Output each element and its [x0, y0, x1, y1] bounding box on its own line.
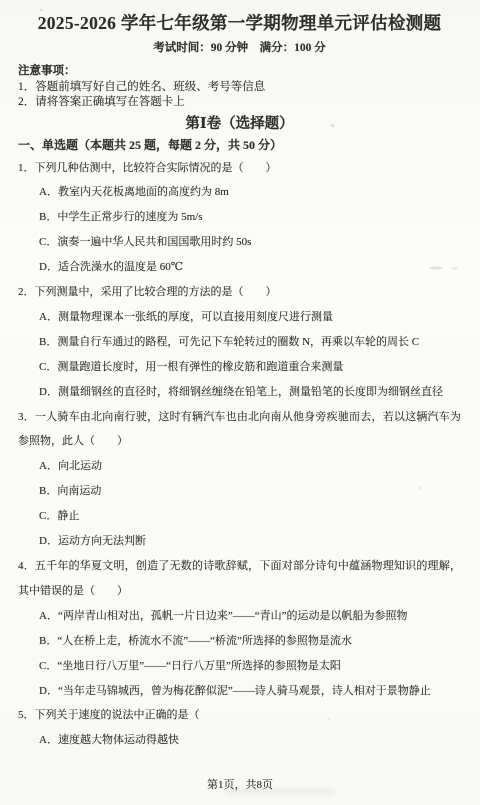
notice-heading: 注意事项： [18, 64, 461, 80]
page-footer: 第1页，共8页 [0, 779, 480, 792]
exam-page: 2025-2026 学年七年级第一学期物理单元评估检测题 考试时间：90 分钟 … [0, 0, 480, 805]
question-stem: 3．一人骑车由北向南行驶，这时有辆汽车也由北向南从他身旁疾驰而去，若以这辆汽车为… [18, 405, 461, 455]
part-heading: 第Ⅰ卷（选择题） [18, 116, 461, 133]
question-option: A．向北运动 [18, 454, 461, 479]
notice-item: 1．答题前填写好自己的姓名、班级、考号等信息 [18, 80, 461, 96]
question-option: B．“人在桥上走，桥流水不流”——“桥流”所选择的参照物是流水 [18, 629, 461, 654]
question-option: D．“当年走马锦城西，曾为梅花醉似泥”——诗人骑马观景，诗人相对于景物静止 [18, 679, 461, 704]
question-option: A．教室内天花板离地面的高度约为 8m [18, 180, 461, 205]
question-2: 2．下列测量中，采用了比较合理的方法的是（ ） A．测量物理课本一张纸的厚度，可… [18, 280, 461, 405]
question-option: D．运动方向无法判断 [18, 529, 461, 554]
question-option: C．演奏一遍中华人民共和国国歌用时约 50s [18, 230, 461, 255]
question-stem: 4．五千年的华夏文明，创造了无数的诗歌辞赋，下面对部分诗句中蕴涵物理知识的理解，… [18, 554, 461, 604]
question-option: C．测量跑道长度时，用一根有弹性的橡皮筋和跑道重合来测量 [18, 355, 461, 380]
question-option: A．“两岸青山相对出，孤帆一片日边来”——“青山”的运动是以帆船为参照物 [18, 604, 461, 629]
question-3: 3．一人骑车由北向南行驶，这时有辆汽车也由北向南从他身旁疾驰而去，若以这辆汽车为… [18, 405, 461, 554]
question-option: B．中学生正常步行的速度为 5m/s [18, 205, 461, 230]
question-option: A．速度越大物体运动得越快 [18, 728, 461, 753]
question-option: C．“坐地日行八万里”——“日行八万里”所选择的参照物是太阳 [18, 654, 461, 679]
section-heading: 一、单选题（本题共 25 题，每题 2 分，共 50 分） [18, 137, 461, 153]
question-stem: 5．下列关于速度的说法中正确的是（ [18, 703, 461, 728]
question-5: 5．下列关于速度的说法中正确的是（ A．速度越大物体运动得越快 [18, 703, 461, 753]
exam-content: 2025-2026 学年七年级第一学期物理单元评估检测题 考试时间：90 分钟 … [0, 0, 480, 753]
question-1: 1．下列几种估测中，比较符合实际情况的是（ ） A．教室内天花板离地面的高度约为… [18, 156, 461, 281]
question-stem: 1．下列几种估测中，比较符合实际情况的是（ ） [18, 156, 461, 181]
question-stem: 2．下列测量中，采用了比较合理的方法的是（ ） [18, 280, 461, 305]
questions-list: 1．下列几种估测中，比较符合实际情况的是（ ） A．教室内天花板离地面的高度约为… [18, 156, 461, 754]
question-4: 4．五千年的华夏文明，创造了无数的诗歌辞赋，下面对部分诗句中蕴涵物理知识的理解，… [18, 554, 461, 703]
question-option: B．向南运动 [18, 479, 461, 504]
notice-section: 注意事项： 1．答题前填写好自己的姓名、班级、考号等信息 2．请将答案正确填写在… [18, 64, 461, 111]
question-option: A．测量物理课本一张纸的厚度，可以直接用刻度尺进行测量 [18, 305, 461, 330]
exam-meta: 考试时间：90 分钟 满分：100 分 [18, 42, 461, 55]
notice-item: 2．请将答案正确填写在答题卡上 [18, 95, 461, 111]
question-option: C．静止 [18, 504, 461, 529]
question-option: D．适合洗澡水的温度是 60℃ [18, 255, 461, 280]
question-option: D．测量细钢丝的直径时，将细钢丝缠绕在铅笔上，测量铅笔的长度即为细钢丝直径 [18, 380, 461, 405]
page-title: 2025-2026 学年七年级第一学期物理单元评估检测题 [18, 12, 461, 34]
question-option: B．测量自行车通过的路程，可先记下车轮转过的圈数 N，再乘以车轮的周长 C [18, 330, 461, 355]
